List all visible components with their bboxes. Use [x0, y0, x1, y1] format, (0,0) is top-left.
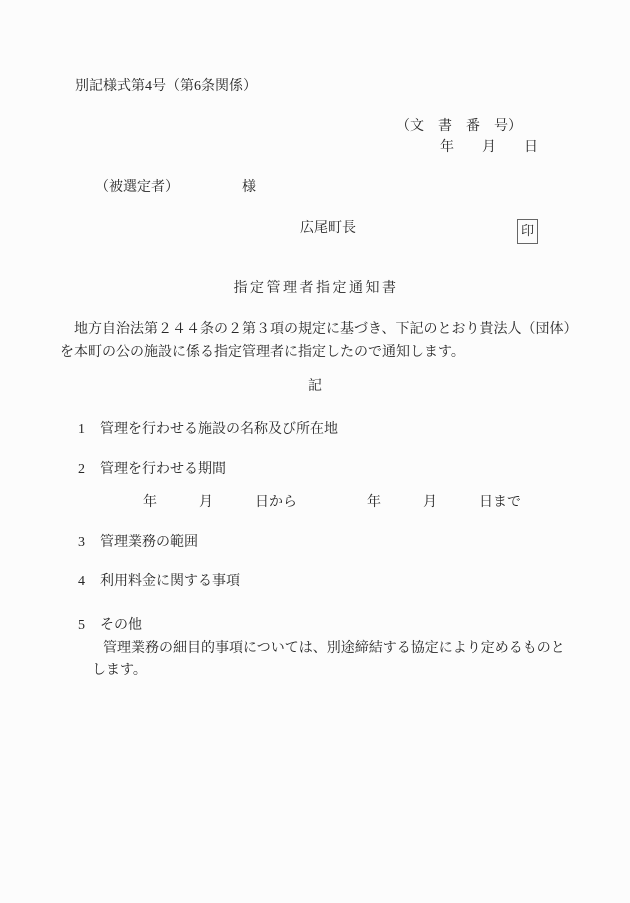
- body-paragraph-line1: 地方自治法第２４４条の２第３項の規定に基づき、下記のとおり貴法人（団体）: [60, 321, 577, 339]
- seal-mark-label: 印: [521, 223, 534, 239]
- list-item-2-label: 管理を行わせる期間: [100, 461, 226, 479]
- list-item-4-number: 4: [78, 573, 89, 591]
- list-item-1-label: 管理を行わせる施設の名称及び所在地: [100, 421, 338, 439]
- period-blank-line: 年 月 日から 年 月 日まで: [143, 494, 521, 512]
- body-paragraph-line2: を本町の公の施設に係る指定管理者に指定したので通知します。: [60, 344, 465, 362]
- list-item-2-number: 2: [78, 461, 89, 479]
- list-item-3-label: 管理業務の範囲: [100, 534, 198, 552]
- list-item-4-label: 利用料金に関する事項: [100, 573, 240, 591]
- list-item-1-number: 1: [78, 421, 89, 439]
- form-number: 別記様式第4号（第6条関係）: [75, 78, 257, 96]
- header-date-line: 年 月 日: [440, 139, 538, 157]
- list-item-5: 5 その他: [78, 617, 142, 635]
- list-item-5-label: その他: [100, 617, 142, 635]
- record-mark: 記: [0, 378, 630, 396]
- addressee-line: （被選定者） 様: [95, 179, 256, 197]
- list-item-4: 4 利用料金に関する事項: [78, 573, 240, 591]
- list-item-5-number: 5: [78, 617, 89, 635]
- item5-detail-line1: 管理業務の細目的事項については、別途締結する協定により定めるものと: [103, 640, 565, 658]
- document-page: 別記様式第4号（第6条関係） （文 書 番 号） 年 月 日 （被選定者） 様 …: [0, 0, 630, 903]
- document-title: 指 定 管 理 者 指 定 通 知 書: [0, 280, 630, 298]
- list-item-1: 1 管理を行わせる施設の名称及び所在地: [78, 421, 338, 439]
- doc-number-label: （文 書 番 号）: [396, 118, 522, 136]
- sender-name: 広尾町長: [300, 220, 356, 238]
- list-item-3-number: 3: [78, 534, 89, 552]
- item5-detail-line2: します。: [92, 662, 147, 680]
- list-item-3: 3 管理業務の範囲: [78, 534, 198, 552]
- list-item-2: 2 管理を行わせる期間: [78, 461, 226, 479]
- seal-stamp: 印: [517, 219, 538, 244]
